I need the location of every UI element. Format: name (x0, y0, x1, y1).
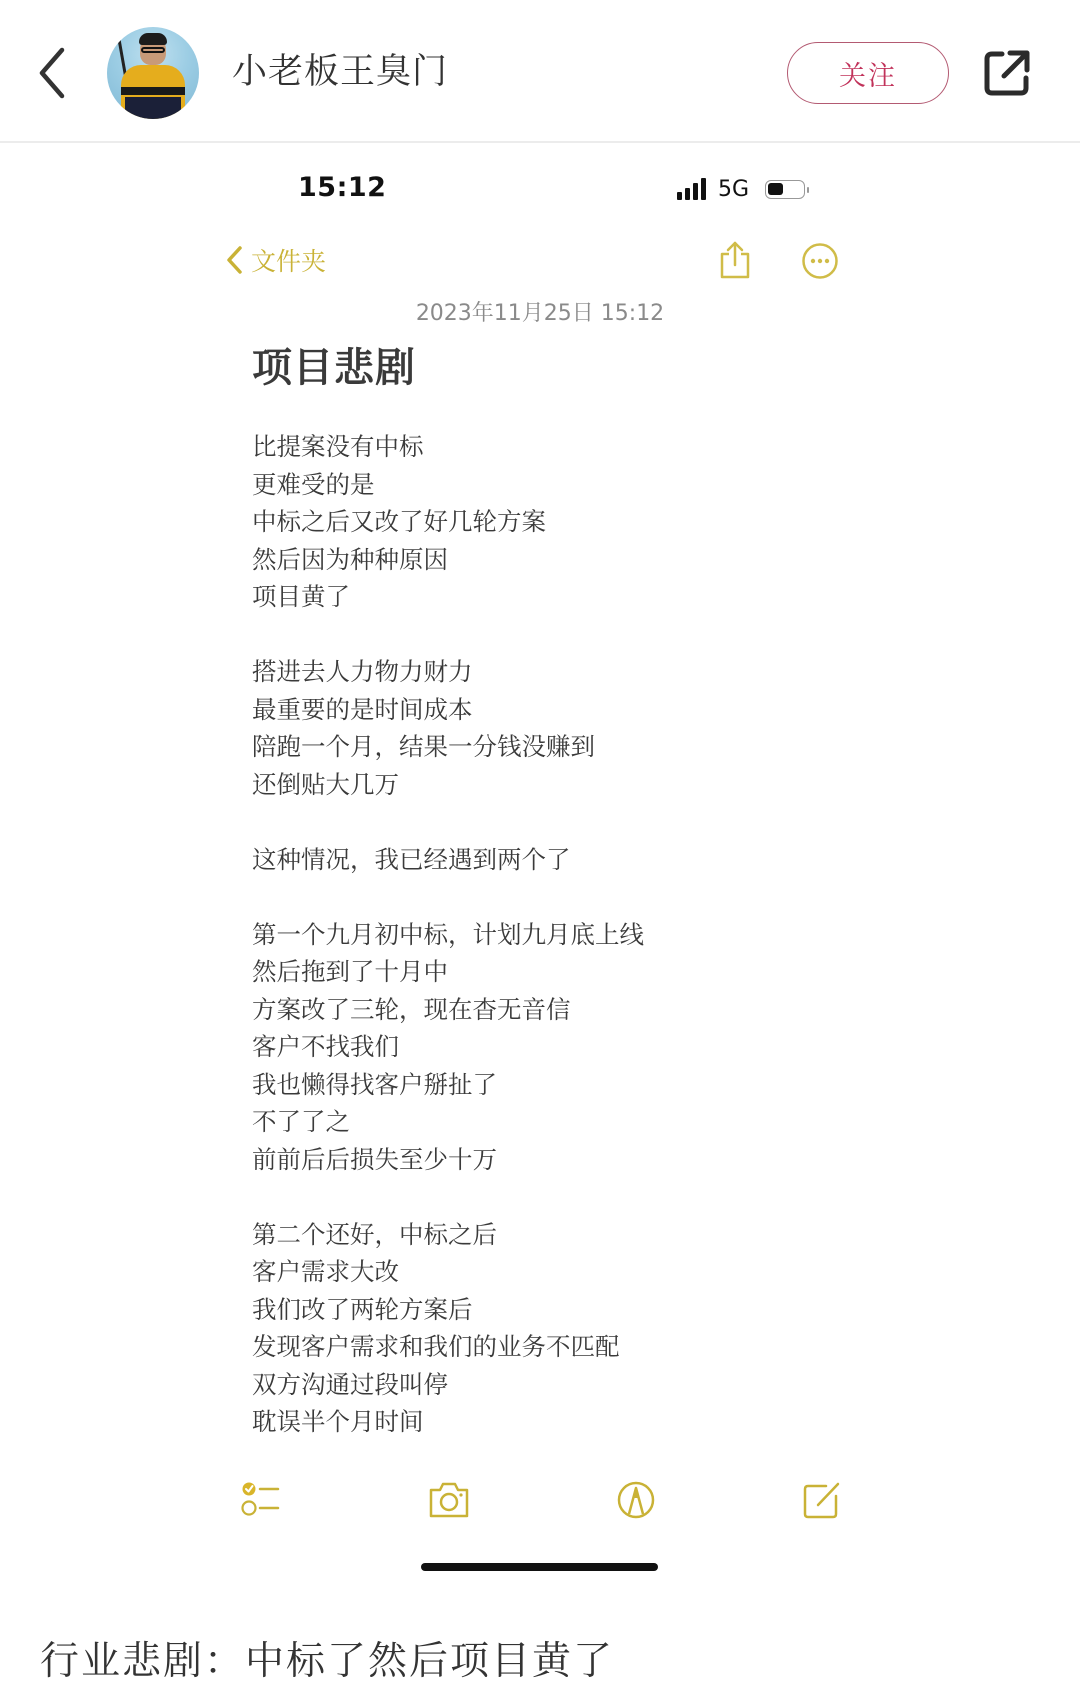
external-share-icon (982, 48, 1032, 98)
back-button[interactable] (34, 46, 74, 100)
note-line: 发现客户需求和我们的业务不匹配 (252, 1328, 852, 1366)
note-line: 客户不找我们 (252, 1028, 852, 1066)
notes-toolbar (0, 1478, 1080, 1528)
markup-pen-icon (614, 1478, 658, 1522)
note-line: 这种情况，我已经遇到两个了 (252, 841, 852, 879)
signal-icon (677, 178, 706, 200)
note-line: 更难受的是 (252, 466, 852, 504)
note-line: 然后拖到了十月中 (252, 953, 852, 991)
compose-icon (800, 1478, 844, 1522)
chevron-left-icon (225, 245, 243, 275)
note-line: 前前后后损失至少十万 (252, 1141, 852, 1179)
camera-button[interactable] (427, 1478, 471, 1522)
note-line: 比提案没有中标 (252, 428, 852, 466)
app-header: 小老板王臭门 关注 (0, 0, 1080, 143)
note-line: 还倒贴大几万 (252, 766, 852, 804)
note-line: 然后因为种种原因 (252, 541, 852, 579)
status-time: 15:12 (298, 172, 386, 203)
note-share-button[interactable] (718, 240, 752, 280)
note-line: 陪跑一个月，结果一分钱没赚到 (252, 728, 852, 766)
note-line: 耽误半个月时间 (252, 1403, 852, 1441)
folders-back-button[interactable]: 文件夹 (225, 242, 326, 278)
network-type: 5G (718, 177, 749, 202)
post-caption: 行业悲剧：中标了然后项目黄了 (40, 1630, 614, 1686)
note-line: 方案改了三轮，现在杳无音信 (252, 991, 852, 1029)
note-line: 我们改了两轮方案后 (252, 1291, 852, 1329)
note-title[interactable]: 项目悲剧 (252, 336, 416, 393)
note-line: 第一个九月初中标，计划九月底上线 (252, 916, 852, 954)
home-indicator (421, 1563, 658, 1571)
chevron-left-icon (34, 46, 74, 100)
more-ellipsis-icon (801, 242, 839, 280)
note-line: 项目黄了 (252, 578, 852, 616)
note-line: 最重要的是时间成本 (252, 691, 852, 729)
compose-button[interactable] (800, 1478, 844, 1522)
note-line: 搭进去人力物力财力 (252, 653, 852, 691)
note-line: 我也懒得找客户掰扯了 (252, 1066, 852, 1104)
note-date: 2023年11月25日 15:12 (0, 296, 1080, 327)
checklist-button[interactable] (240, 1478, 284, 1522)
follow-button[interactable]: 关注 (787, 42, 949, 104)
folders-label: 文件夹 (251, 242, 326, 278)
markup-button[interactable] (614, 1478, 658, 1522)
status-indicators: 5G (677, 174, 805, 204)
checklist-icon (240, 1478, 284, 1522)
note-line: 不了了之 (252, 1103, 852, 1141)
share-icon (718, 240, 752, 280)
username[interactable]: 小老板王臭门 (232, 50, 448, 94)
note-line: 中标之后又改了好几轮方案 (252, 503, 852, 541)
avatar[interactable] (107, 27, 199, 119)
note-line: 双方沟通过段叫停 (252, 1366, 852, 1404)
camera-icon (427, 1478, 471, 1522)
note-line: 客户需求大改 (252, 1253, 852, 1291)
battery-icon (765, 180, 805, 199)
note-more-button[interactable] (801, 242, 839, 280)
share-button[interactable] (982, 48, 1032, 98)
note-body[interactable]: 比提案没有中标 更难受的是 中标之后又改了好几轮方案 然后因为种种原因 项目黄了… (252, 428, 852, 1441)
note-line: 第二个还好，中标之后 (252, 1216, 852, 1254)
